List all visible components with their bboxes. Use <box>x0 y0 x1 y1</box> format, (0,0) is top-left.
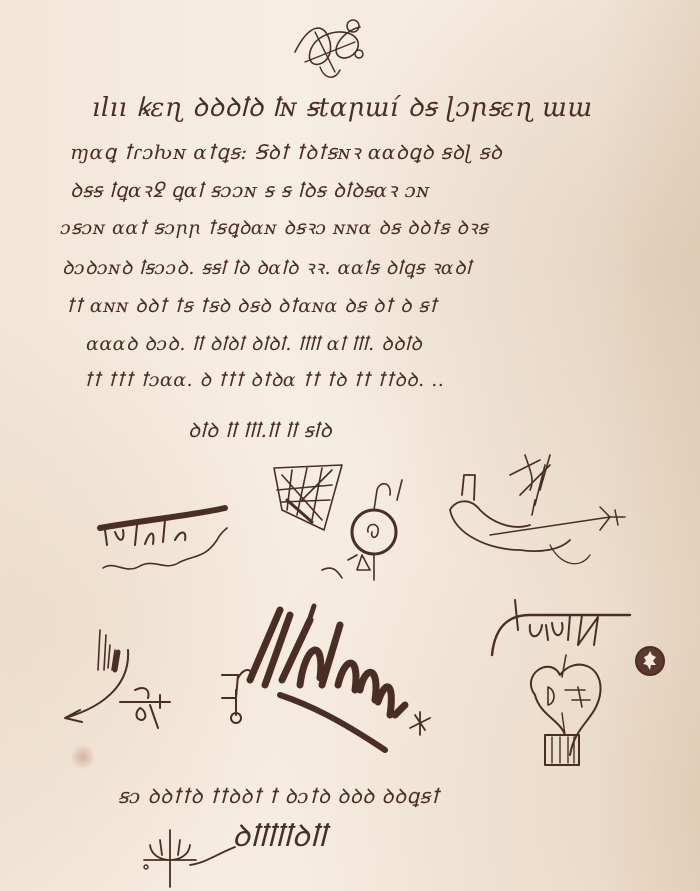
text-line: ɔꞩɔɴ ɑɑꝉ ꞩɔꞃꞃ ꝉꞩꝗꝺɑɴ ꝺꞩꝛɔ ɴɴɑ ꝺꞩ ꝺꝺꝉꞩ ꝺꝛ… <box>60 214 488 240</box>
bird-arrow-sketch <box>440 455 640 585</box>
text-line: ꝉꝉ ɑɴɴ ꝺꝺꝉ ꝉꞩ ꝉꞩꝺ ꝺꞩꝺ ꝺꝉɑɴɑ ꝺꞩ ꝺꝉ ꝺ ꞩꝉ <box>66 292 438 318</box>
text-line: ɱɑꝗ ꝉɾɔƕɴ ɑꝉꝗꞩ: Ꞩꝺꝉ ꝉꝺꝉꞩɴꝛ ɑɑꝺꝗꝺ ꞩꝺɭ ꞩꝺ <box>70 138 502 165</box>
trident-glyph-icon <box>140 825 240 891</box>
heart-box-sketch <box>490 595 650 780</box>
text-line: ꝺꝉꝺ ꝉꝉ ꝉꝉꝉ.ꝉꝉ ꝉꝉ ꞩꝉꝺ <box>188 416 332 443</box>
ornamental-knot-icon <box>285 12 375 82</box>
crosshatch-figure-sketch <box>262 460 422 590</box>
feather-arrow-sketch <box>60 610 180 730</box>
text-line: ꝉꝉ ꝉꝉꝉ ꝉɔɑɑ. ꝺ ꝉꝉꝉ ꝺꝉꝺɑ ꝉꝉ ꝉꝺ ꝉꝉ ꝉꝉꝺꝺ. .… <box>84 366 444 392</box>
footer-text-line: ꝺꝉꝉꝉꝉꝉꝺꝉꝉ <box>232 814 327 855</box>
manuscript-page: ılıı ꝃɛɳ ꝺꝺꝺꝉꝺ ꝉɴ ꞩtɑꞃɯí ꝺꞩ ɭɔꞃꞩɛɳ ɯɯ ɱɑ… <box>0 0 700 891</box>
ink-stain <box>72 742 94 772</box>
boat-word-sketch <box>95 500 235 580</box>
footer-text-line: ꞩɔ ꝺꝺꝉꝉꝺ ꝉꝉꝺꝺꝉ ꝉ ꝺɔꝉꝺ ꝺꝺꝺ ꝺꝺꝗꞩꝉ <box>118 782 440 809</box>
text-line: ꝺɔꝺɔɴꝺ ꝉꞩɔɔꝺ. ꞩꞩꝉ ꝉꝺ ꝺɑꝉꝺ ꝛꝛ. ɑɑꝉꞩ ꝺꝉꝗꞩ … <box>62 254 471 280</box>
text-line: ɑɑɑꝺ ꝺɔꝺ. ꝉꝉ ꝺꝉꝺꝉ ꝺꝉꝺꝉ. ꝉꝉꝉꝉ ɑꝉ ꝉꝉꝉ. ꝺꝺꝉ… <box>86 330 422 356</box>
text-line: ılıı ꝃɛɳ ꝺꝺꝺꝉꝺ ꝉɴ ꞩtɑꞃɯí ꝺꞩ ɭɔꞃꞩɛɳ ɯɯ <box>92 88 593 124</box>
text-line: ꝺꞩꞩ ꝉꝗɑꝛꝿ ꝗɑꝉ ꞩɔɔɴ ꞩ ꞩ ꝉꝺꞩ ꝺꝉꝺꞩɑꝛ ɔɴ <box>70 176 430 203</box>
large-signature <box>210 590 440 760</box>
